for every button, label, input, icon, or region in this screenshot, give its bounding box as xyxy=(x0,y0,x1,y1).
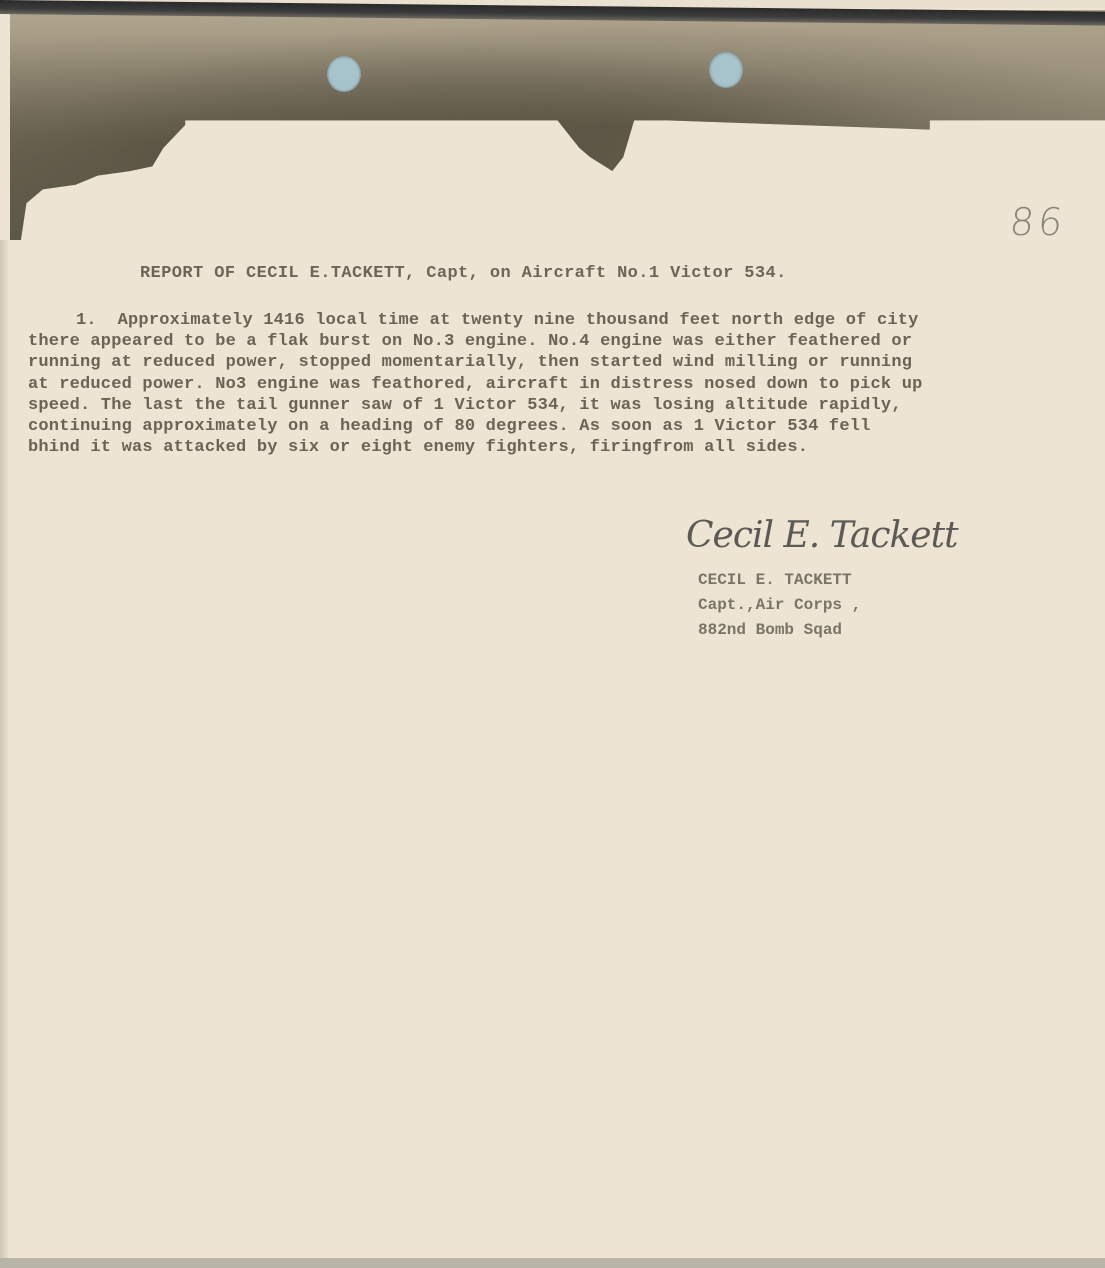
punch-hole-right xyxy=(709,52,743,88)
handwritten-signature: Cecil E. Tackett xyxy=(686,515,958,556)
paragraph-line: continuing approximately on a heading of… xyxy=(28,416,1018,437)
page-number: 86 xyxy=(1008,200,1069,244)
paragraph-line: 1. Approximately 1416 local time at twen… xyxy=(28,310,1018,331)
signature-block: CECIL E. TACKETT Capt.,Air Corps , 882nd… xyxy=(698,568,861,643)
punch-hole-left xyxy=(327,56,361,92)
paragraph-line: at reduced power. No3 engine was feathor… xyxy=(28,374,1018,395)
page-bottom-edge xyxy=(0,1258,1105,1268)
page-left-edge xyxy=(0,240,8,1258)
typed-name: CECIL E. TACKETT xyxy=(698,568,861,593)
report-title: REPORT OF CECIL E.TACKETT, Capt, on Airc… xyxy=(140,264,880,283)
document-page xyxy=(0,8,1105,1258)
unit: 882nd Bomb Sqad xyxy=(698,618,861,643)
paragraph-line: there appeared to be a flak burst on No.… xyxy=(28,331,1018,352)
paragraph-number: 1. xyxy=(76,311,97,330)
paragraph-line: speed. The last the tail gunner saw of 1… xyxy=(28,395,1018,416)
paragraph-line: running at reduced power, stopped moment… xyxy=(28,352,1018,373)
rank: Capt.,Air Corps , xyxy=(698,593,861,618)
report-paragraph: 1. Approximately 1416 local time at twen… xyxy=(28,310,1018,458)
paragraph-line: bhind it was attacked by six or eight en… xyxy=(28,437,1018,458)
